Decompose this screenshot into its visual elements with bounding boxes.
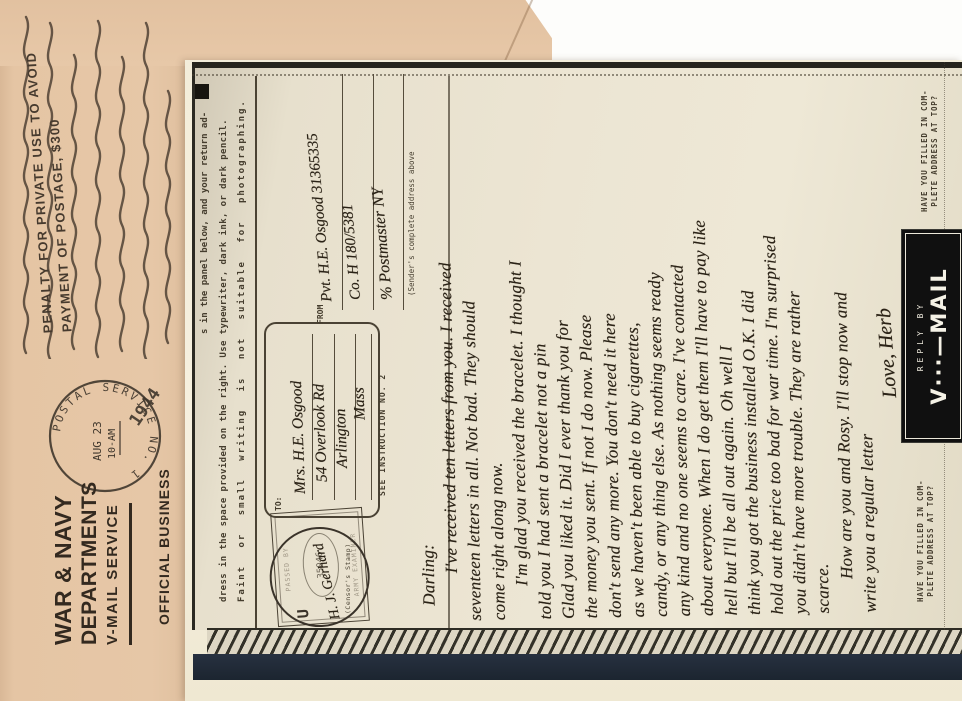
header-rule [255,76,257,628]
fill-reminder-left: HAVE YOU FILLED IN COM- PLETE ADDRESS AT… [916,480,936,602]
underline-rule [129,503,132,645]
from-label: FROM [316,305,325,324]
scanned-vmail-letter: PENALTY FOR PRIVATE USE TO AVOID PAYMENT… [0,0,962,701]
censor-stamp-label: (Censor's Stamp) [344,543,352,614]
instruction-line2: dress in the space provided on the right… [219,119,229,602]
reply-by-label: REPLY BY [916,301,925,372]
vmail-form-content: s in the panel below, and your return ad… [192,62,962,630]
to-line1: Mrs. H.E. Osgood [288,380,310,494]
vmail-morse-logo: V···—MAIL [927,267,951,405]
envelope-printing: PENALTY FOR PRIVATE USE TO AVOID PAYMENT… [0,0,190,701]
vmail-service-line: V-MAIL SERVICE [103,481,123,645]
from-rule [403,74,404,310]
departments-line: DEPARTMENTS [77,481,103,645]
from-line1: Pvt. H.E. Osgood 31365335 [305,132,337,302]
form-edge-line [192,62,195,630]
see-instruction-note: SEE INSTRUCTION NO. 2 [378,374,387,496]
instruction-line1: s in the panel below, and your return ad… [200,112,210,334]
to-address-panel: TO: Mrs. H.E. Osgood 54 Overlook Rd Arli… [264,322,380,518]
return-address-block: WAR & NAVY DEPARTMENTS V-MAIL SERVICE [50,481,132,645]
to-line4: Mass [350,387,369,420]
official-business-label: OFFICIAL BUSINESS [156,468,172,625]
instruction-line3: Faint or small writing is not suitable f… [237,99,247,602]
photo-dark-band [193,654,962,680]
letter-signature: Love, Herb [873,307,902,398]
from-rule [342,74,343,310]
to-rule [371,334,372,500]
fill-reminder-line2: PLETE ADDRESS AT TOP? [930,90,940,212]
vmail-box-frame: REPLY BY V···—MAIL [905,233,961,439]
postmark: POSTAL SERVICE NO. 1 AUG 23 10-AM 1944 [46,377,164,495]
fill-reminder-line1: HAVE YOU FILLED IN COM- [920,90,930,212]
hatched-border-strip [207,628,962,656]
from-line2: Co. H 180/5381 [340,203,365,300]
war-navy-line: WAR & NAVY [50,481,77,645]
postmark-date: AUG 23 [91,421,104,461]
reply-by-vmail-box: REPLY BY V···—MAIL [902,230,962,442]
fill-reminder-line2: PLETE ADDRESS AT TOP? [926,480,936,602]
fill-reminder-line1: HAVE YOU FILLED IN COM- [916,480,926,602]
to-line3: Arlington [332,408,352,468]
postmark-time: 10-AM [107,429,118,459]
vmail-photograph: s in the panel below, and your return ad… [185,60,962,701]
to-label: TO: [274,497,283,511]
registration-mark [195,84,209,99]
to-line2: 54 Overlook Rd [310,384,331,483]
fill-reminder-right: HAVE YOU FILLED IN COM- PLETE ADDRESS AT… [920,90,940,212]
letter-body: Darling: I've received ten letters from … [406,62,882,622]
